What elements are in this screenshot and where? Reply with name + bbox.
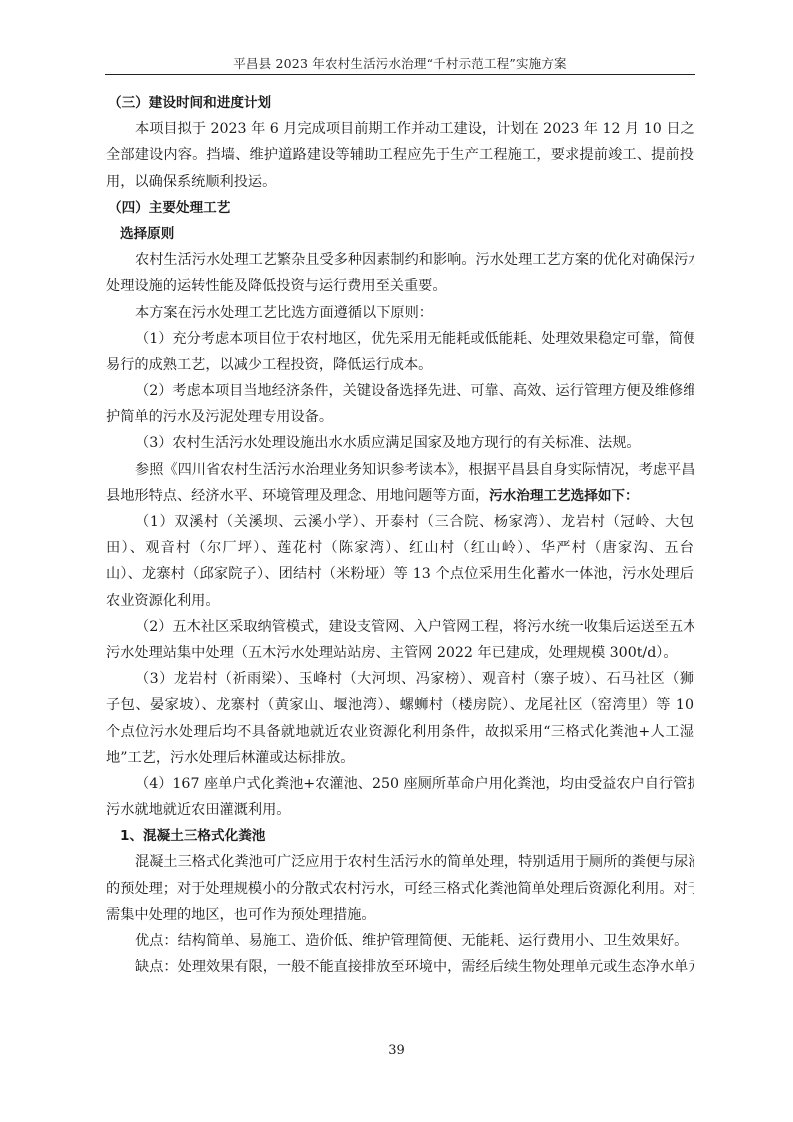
paragraph-line: 县地形特点、经济水平、环境管理及理念、用地问题等方面，污水治理工艺选择如下： <box>106 483 694 509</box>
option-item-4: （4）167 座单户式化粪池+农灌池、250 座厕所革命户用化粪池，均由受益农户… <box>106 771 694 797</box>
paragraph-line: 本项目拟于 2023 年 6 月完成项目前期工作并动工建设，计划在 2023 年… <box>106 116 694 142</box>
paragraph-line: 参照《四川省农村生活污水治理业务知识参考读本》，根据平昌县自身实际情况，考虑平昌 <box>106 457 694 483</box>
page-number: 39 <box>0 1043 793 1058</box>
principle-item-3: （3）农村生活污水处理设施出水水质应满足国家及地方现行的有关标准、法规。 <box>106 430 694 456</box>
option-item-3-cont: 地”工艺，污水处理后林灌或达标排放。 <box>106 745 694 771</box>
option-item-1: （1）双溪村（关溪坝、云溪小学）、开泰村（三合院、杨家湾）、龙岩村（冠岭、大包 <box>106 509 694 535</box>
paragraph-line: 的预处理；对于处理规模小的分散式农村污水，可经三格式化粪池简单处理后资源化利用。… <box>106 876 694 902</box>
header-rule <box>105 74 695 75</box>
paragraph-line: 本方案在污水处理工艺比选方面遵循以下原则： <box>106 300 694 326</box>
option-item-1-cont: 田）、观音村（尔厂坪）、莲花村（陈家湾）、红山村（红山岭）、华严村（唐家沟、五台 <box>106 535 694 561</box>
principle-item-1: （1）充分考虑本项目位于农村地区，优先采用无能耗或低能耗、处理效果稳定可靠，简便 <box>106 326 694 352</box>
running-header: 平昌县 2023 年农村生活污水治理“千村示范工程”实施方案 <box>105 54 695 72</box>
cons-line: 缺点：处理效果有限，一般不能直接排放至环境中，需经后续生物处理单元或生态净水单元 <box>106 954 694 980</box>
paragraph-line: 用，以确保系统顺利投运。 <box>106 169 694 195</box>
subheading-septic-tank: 1、混凝土三格式化粪池 <box>106 823 694 849</box>
option-item-3-cont: 个点位污水处理后均不具备就地就近农业资源化利用条件，故拟采用“三格式化粪池+人工… <box>106 719 694 745</box>
option-item-1-cont: 山）、龙寨村（邱家院子）、团结村（米粉垭）等 13 个点位采用生化蓄水一体池，污… <box>106 561 694 587</box>
option-item-1-cont: 农业资源化利用。 <box>106 588 694 614</box>
subheading-principles: 选择原则 <box>106 221 694 247</box>
reference-text: 县地形特点、经济水平、环境管理及理念、用地问题等方面， <box>106 488 489 504</box>
principle-item-1-cont: 易行的成熟工艺，以减少工程投资，降低运行成本。 <box>106 352 694 378</box>
option-item-3-cont: 子包、晏家坡）、龙寨村（黄家山、堰池湾）、螺蛳村（楼房院）、龙尾社区（窑湾里）等… <box>106 692 694 718</box>
paragraph-line: 农村生活污水处理工艺繁杂且受多种因素制约和影响。污水处理工艺方案的优化对确保污水 <box>106 247 694 273</box>
paragraph-line: 处理设施的运转性能及降低投资与运行费用至关重要。 <box>106 273 694 299</box>
option-item-2: （2）五木社区采取纳管模式，建设支管网、入户管网工程，将污水统一收集后运送至五木 <box>106 614 694 640</box>
page-body: （三）建设时间和进度计划 本项目拟于 2023 年 6 月完成项目前期工作并动工… <box>106 90 694 980</box>
section-heading-schedule: （三）建设时间和进度计划 <box>106 90 694 116</box>
option-item-2-cont: 污水处理站集中处理（五木污水处理站站房、主管网 2022 年已建成，处理规模 3… <box>106 640 694 666</box>
option-item-3: （3）龙岩村（祈雨梁）、玉峰村（大河坝、冯家榜）、观音村（寨子坡）、石马社区（狮 <box>106 666 694 692</box>
principle-item-2: （2）考虑本项目当地经济条件，关键设备选择先进、可靠、高效、运行管理方便及维修维 <box>106 378 694 404</box>
section-heading-process: （四）主要处理工艺 <box>106 195 694 221</box>
option-item-4-cont: 污水就地就近农田灌溉利用。 <box>106 797 694 823</box>
paragraph-line: 需集中处理的地区，也可作为预处理措施。 <box>106 902 694 928</box>
paragraph-line: 全部建设内容。挡墙、维护道路建设等辅助工程应先于生产工程施工，要求提前竣工、提前… <box>106 142 694 168</box>
paragraph-line: 混凝土三格式化粪池可广泛应用于农村生活污水的简单处理，特别适用于厕所的粪便与尿液 <box>106 849 694 875</box>
principle-item-2-cont: 护简单的污水及污泥处理专用设备。 <box>106 404 694 430</box>
pros-line: 优点：结构简单、易施工、造价低、维护管理简便、无能耗、运行费用小、卫生效果好。 <box>106 928 694 954</box>
emphasis-text: 污水治理工艺选择如下： <box>489 488 639 504</box>
